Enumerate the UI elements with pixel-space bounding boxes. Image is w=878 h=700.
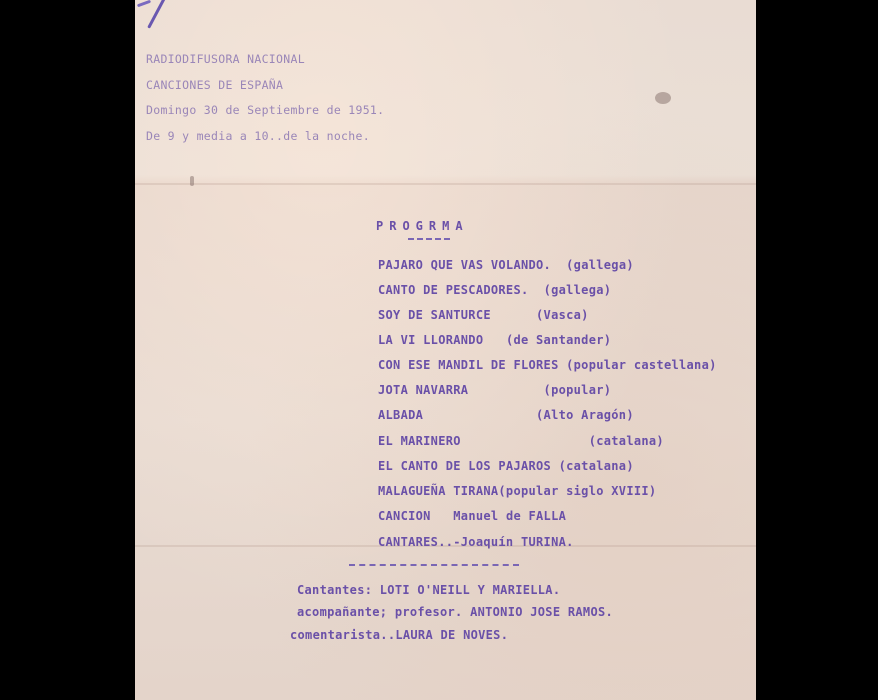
credits-accompanist: acompañante; profesor. ANTONIO JOSE RAMO…: [297, 605, 613, 619]
program-item: CANTARES..-Joaquín TURINA.: [378, 535, 574, 549]
stain: [190, 176, 194, 186]
program-item: CANCION Manuel de FALLA: [378, 509, 566, 523]
pen-mark: [147, 0, 166, 29]
program-item: CANTO DE PESCADORES. (gallega): [378, 283, 611, 297]
stain: [655, 92, 671, 104]
header-program-name: CANCIONES DE ESPAÑA: [146, 78, 283, 92]
section-divider: [349, 564, 519, 566]
program-item: MALAGUEÑA TIRANA(popular siglo XVIII): [378, 484, 656, 498]
program-item: CON ESE MANDIL DE FLORES (popular castel…: [378, 358, 717, 372]
program-item: EL MARINERO (catalana): [378, 434, 664, 448]
header-date: Domingo 30 de Septiembre de 1951.: [146, 103, 384, 117]
program-item: LA VI LLORANDO (de Santander): [378, 333, 611, 347]
typewritten-document: RADIODIFUSORA NACIONAL CANCIONES DE ESPA…: [135, 0, 756, 700]
program-item: JOTA NAVARRA (popular): [378, 383, 611, 397]
title-underline: [408, 238, 450, 240]
program-item: SOY DE SANTURCE (Vasca): [378, 308, 589, 322]
pen-mark: [137, 0, 151, 7]
program-item: EL CANTO DE LOS PAJAROS (catalana): [378, 459, 634, 473]
credits-commentator: comentarista..LAURA DE NOVES.: [290, 628, 508, 642]
header-station: RADIODIFUSORA NACIONAL: [146, 52, 305, 66]
program-title: PROGRMA: [376, 219, 469, 233]
program-item: PAJARO QUE VAS VOLANDO. (gallega): [378, 258, 634, 272]
program-item: ALBADA (Alto Aragón): [378, 408, 634, 422]
paper-fold: [135, 183, 756, 185]
header-time: De 9 y media a 10..de la noche.: [146, 129, 370, 143]
credits-singers: Cantantes: LOTI O'NEILL Y MARIELLA.: [297, 583, 560, 597]
